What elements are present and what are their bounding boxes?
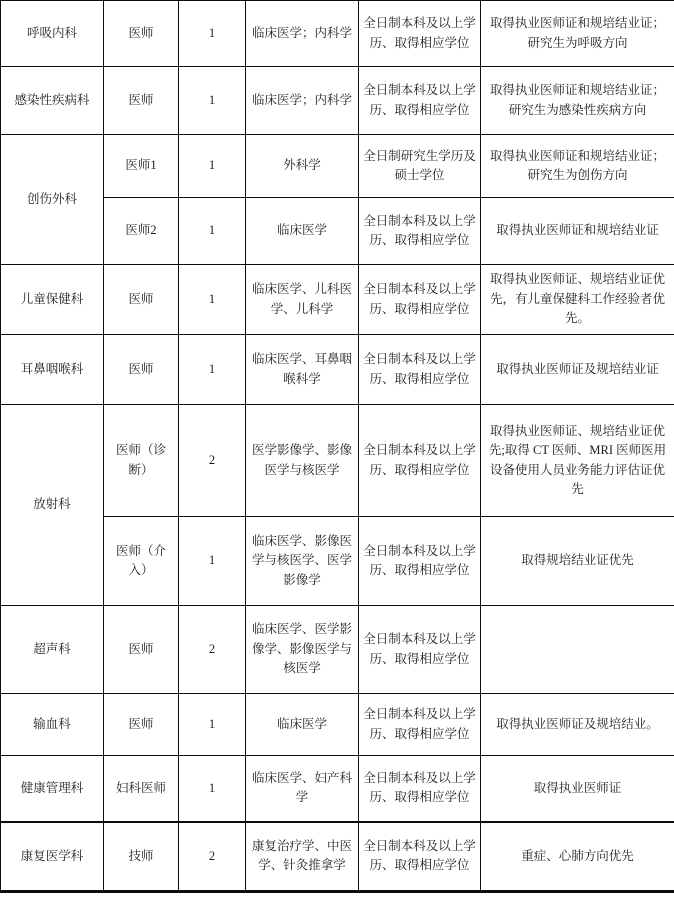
count-cell: 1 (179, 198, 246, 265)
count-cell: 1 (179, 756, 246, 822)
education-cell: 全日制研究生学历及硕士学位 (359, 135, 481, 198)
requirements-cell: 取得执业医师证和规培结业证 (481, 198, 674, 265)
count-cell: 1 (179, 1, 246, 67)
department-cell: 耳鼻咽喉科 (1, 335, 104, 405)
major-cell: 临床医学、耳鼻咽喉科学 (246, 335, 359, 405)
department-cell: 感染性疾病科 (1, 67, 104, 135)
major-cell: 临床医学；内科学 (246, 67, 359, 135)
department-cell: 超声科 (1, 606, 104, 694)
department-cell: 创伤外科 (1, 135, 104, 265)
requirements-cell: 取得规培结业证优先 (481, 517, 674, 606)
major-cell: 临床医学 (246, 694, 359, 756)
education-cell: 全日制本科及以上学历、取得相应学位 (359, 1, 481, 67)
requirements-cell: 取得执业医师证 (481, 756, 674, 822)
education-cell: 全日制本科及以上学历、取得相应学位 (359, 517, 481, 606)
major-cell: 外科学 (246, 135, 359, 198)
table-row: 儿童保健科 医师 1 临床医学、儿科医学、儿科学 全日制本科及以上学历、取得相应… (1, 265, 674, 335)
table-row: 放射科 医师（诊断） 2 医学影像学、影像医学与核医学 全日制本科及以上学历、取… (1, 405, 674, 517)
table-row: 感染性疾病科 医师 1 临床医学；内科学 全日制本科及以上学历、取得相应学位 取… (1, 67, 674, 135)
table-row: 输血科 医师 1 临床医学 全日制本科及以上学历、取得相应学位 取得执业医师证及… (1, 694, 674, 756)
education-cell: 全日制本科及以上学历、取得相应学位 (359, 756, 481, 822)
count-cell: 1 (179, 67, 246, 135)
position-cell: 妇科医师 (104, 756, 179, 822)
count-cell: 2 (179, 822, 246, 892)
requirements-cell: 取得执业医师证和规培结业证；研究生为创伤方向 (481, 135, 674, 198)
requirements-cell (481, 606, 674, 694)
department-cell: 放射科 (1, 405, 104, 606)
major-cell: 临床医学、影像医学与核医学、医学影像学 (246, 517, 359, 606)
position-cell: 医师 (104, 67, 179, 135)
table-row: 健康管理科 妇科医师 1 临床医学、妇产科学 全日制本科及以上学历、取得相应学位… (1, 756, 674, 822)
education-cell: 全日制本科及以上学历、取得相应学位 (359, 405, 481, 517)
requirements-cell: 取得执业医师证及规培结业。 (481, 694, 674, 756)
count-cell: 1 (179, 265, 246, 335)
position-cell: 医师 (104, 335, 179, 405)
education-cell: 全日制本科及以上学历、取得相应学位 (359, 335, 481, 405)
position-cell: 医师（介入） (104, 517, 179, 606)
major-cell: 医学影像学、影像医学与核医学 (246, 405, 359, 517)
table-row: 康复医学科 技师 2 康复治疗学、中医学、针灸推拿学 全日制本科及以上学历、取得… (1, 822, 674, 892)
count-cell: 2 (179, 606, 246, 694)
position-cell: 医师1 (104, 135, 179, 198)
requirements-cell: 取得执业医师证及规培结业证 (481, 335, 674, 405)
position-cell: 医师 (104, 265, 179, 335)
count-cell: 1 (179, 694, 246, 756)
count-cell: 1 (179, 517, 246, 606)
department-cell: 康复医学科 (1, 822, 104, 892)
position-cell: 医师 (104, 606, 179, 694)
requirements-cell: 重症、心肺方向优先 (481, 822, 674, 892)
table-row: 超声科 医师 2 临床医学、医学影像学、影像医学与核医学 全日制本科及以上学历、… (1, 606, 674, 694)
count-cell: 1 (179, 335, 246, 405)
education-cell: 全日制本科及以上学历、取得相应学位 (359, 694, 481, 756)
position-cell: 医师 (104, 1, 179, 67)
education-cell: 全日制本科及以上学历、取得相应学位 (359, 67, 481, 135)
requirements-cell: 取得执业医师证、规培结业证优先;取得 CT 医师、MRI 医师医用设备使用人员业… (481, 405, 674, 517)
count-cell: 1 (179, 135, 246, 198)
position-cell: 技师 (104, 822, 179, 892)
position-cell: 医师（诊断） (104, 405, 179, 517)
requirements-cell: 取得执业医师证和规培结业证；研究生为感染性疾病方向 (481, 67, 674, 135)
count-cell: 2 (179, 405, 246, 517)
recruitment-table: 呼吸内科 医师 1 临床医学；内科学 全日制本科及以上学历、取得相应学位 取得执… (0, 0, 674, 893)
requirements-cell: 取得执业医师证、规培结业证优先，有儿童保健科工作经验者优先。 (481, 265, 674, 335)
major-cell: 临床医学、妇产科学 (246, 756, 359, 822)
requirements-cell: 取得执业医师证和规培结业证；研究生为呼吸方向 (481, 1, 674, 67)
major-cell: 康复治疗学、中医学、针灸推拿学 (246, 822, 359, 892)
department-cell: 儿童保健科 (1, 265, 104, 335)
department-cell: 呼吸内科 (1, 1, 104, 67)
table-row: 呼吸内科 医师 1 临床医学；内科学 全日制本科及以上学历、取得相应学位 取得执… (1, 1, 674, 67)
education-cell: 全日制本科及以上学历、取得相应学位 (359, 265, 481, 335)
position-cell: 医师 (104, 694, 179, 756)
major-cell: 临床医学、儿科医学、儿科学 (246, 265, 359, 335)
major-cell: 临床医学 (246, 198, 359, 265)
table-row: 创伤外科 医师1 1 外科学 全日制研究生学历及硕士学位 取得执业医师证和规培结… (1, 135, 674, 198)
position-cell: 医师2 (104, 198, 179, 265)
department-cell: 健康管理科 (1, 756, 104, 822)
major-cell: 临床医学；内科学 (246, 1, 359, 67)
table-row: 耳鼻咽喉科 医师 1 临床医学、耳鼻咽喉科学 全日制本科及以上学历、取得相应学位… (1, 335, 674, 405)
major-cell: 临床医学、医学影像学、影像医学与核医学 (246, 606, 359, 694)
department-cell: 输血科 (1, 694, 104, 756)
education-cell: 全日制本科及以上学历、取得相应学位 (359, 606, 481, 694)
education-cell: 全日制本科及以上学历、取得相应学位 (359, 822, 481, 892)
education-cell: 全日制本科及以上学历、取得相应学位 (359, 198, 481, 265)
